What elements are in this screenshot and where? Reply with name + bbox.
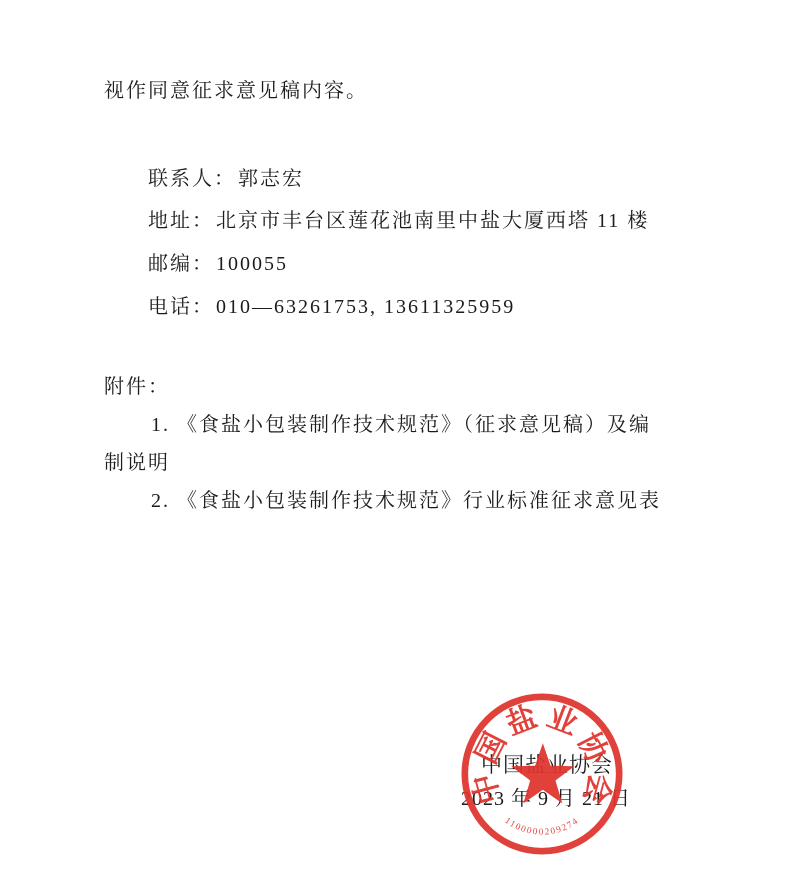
contact-postcode-label: 邮编： (148, 253, 214, 275)
contact-phone-label: 电话： (148, 296, 214, 318)
document-page: 视作同意征求意见稿内容。 联系人：郭志宏 地址：北京市丰台区莲花池南里中盐大厦西… (0, 0, 800, 890)
attachment-item-1-line-2: 制说明 (104, 450, 170, 476)
contact-person-label: 联系人： (148, 168, 236, 190)
contact-address-value: 北京市丰台区莲花池南里中盐大厦西塔 11 楼 (216, 210, 649, 232)
contact-phone-line: 电话：010—63261753, 13611325959 (148, 294, 515, 320)
attachment-item-2: 2. 《食盐小包装制作技术规范》行业标准征求意见表 (151, 488, 661, 514)
contact-postcode-value: 100055 (216, 253, 288, 275)
seal-arc-char-6: 会 (577, 770, 617, 808)
seal-arc-char-1: 中 (467, 770, 507, 807)
seal-code-number: 1100000209274 (503, 815, 581, 837)
contact-person-line: 联系人：郭志宏 (148, 166, 304, 192)
contact-postcode-line: 邮编：100055 (148, 251, 288, 277)
attachments-heading: 附件： (104, 374, 170, 400)
attachment-item-1-line-1: 1. 《食盐小包装制作技术规范》（征求意见稿）及编 (151, 412, 651, 438)
contact-person-value: 郭志宏 (238, 168, 304, 190)
paragraph-closing-line: 视作同意征求意见稿内容。 (104, 78, 368, 104)
seal-star-icon (511, 743, 574, 803)
contact-phone-value: 010—63261753, 13611325959 (216, 296, 515, 318)
contact-address-line: 地址：北京市丰台区莲花池南里中盐大厦西塔 11 楼 (148, 208, 649, 234)
contact-address-label: 地址： (148, 210, 214, 232)
official-red-seal: 中 国 盐 业 协 会 1100000209274 (459, 691, 625, 857)
